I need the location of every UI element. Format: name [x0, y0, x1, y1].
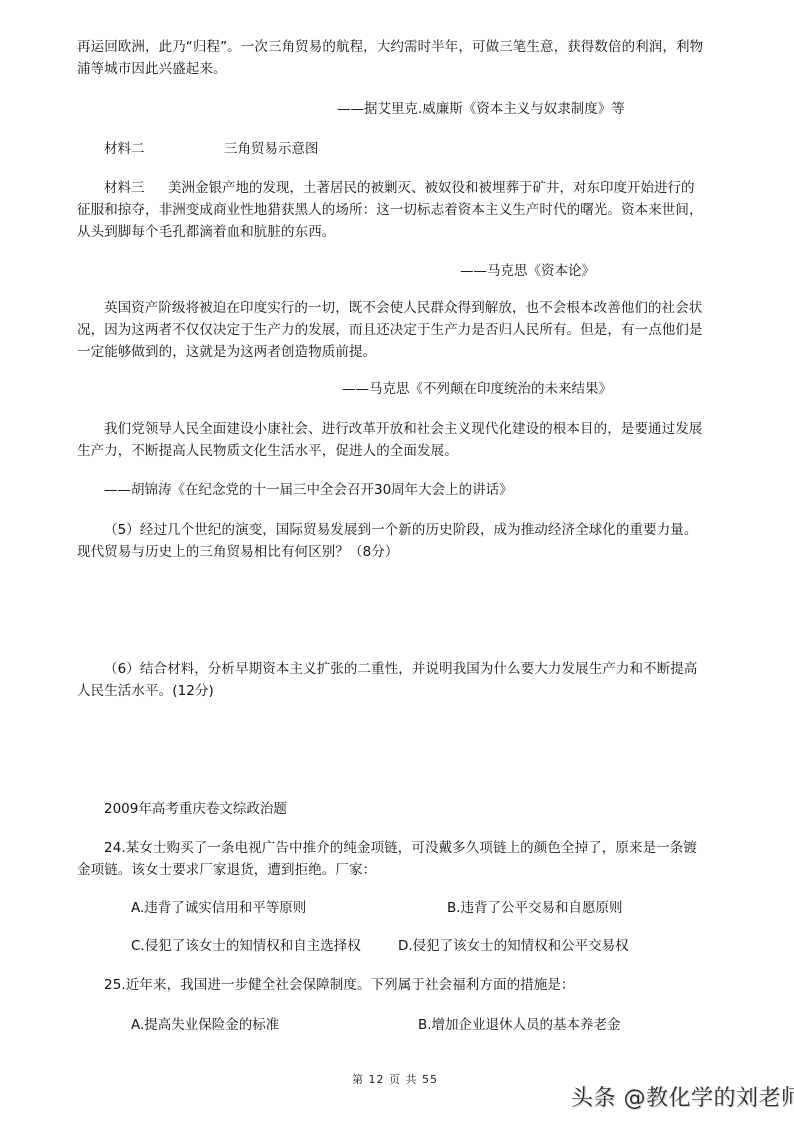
material-two-title: 三角贸易示意图 — [224, 138, 319, 160]
question-24-line-1: 24.某女士购买了一条电视广告中推介的纯金项链，可没戴多久项链上的颜色全掉了，原… — [104, 837, 719, 859]
question-24-option-a: A.违背了诚实信用和平等原则 — [131, 897, 306, 919]
material-one-line-2: 浦等城市因此兴盛起来。 — [77, 58, 719, 80]
material-three-p2-line-3: 一定能够做到的，这就是为这两者创造物质前提。 — [77, 341, 719, 363]
page-number-footer: 第 12 页 共 55 — [352, 1071, 438, 1087]
material-three-p3-line-1: 我们党领导人民全面建设小康社会、进行改革开放和社会主义现代化建设的根本目的，是要… — [104, 418, 719, 440]
material-three-p2-line-1: 英国资产阶级将被迫在印度实行的一切，既不会使人民群众得到解放，也不会根本改善他们… — [104, 297, 719, 319]
material-one-citation: ——据艾里克.威廉斯《资本主义与奴隶制度》等 — [337, 98, 625, 120]
question-6-line-2: 人民生活水平。(12分) — [77, 680, 719, 702]
material-three-p1-line-1: 美洲金银产地的发现，土著居民的被剿灭、被奴役和被埋葬于矿井，对东印度开始进行的 — [168, 177, 695, 199]
material-two-label: 材料二 — [104, 138, 145, 160]
question-25-option-a: A.提高失业保险金的标准 — [131, 1014, 279, 1036]
question-6-line-1: （6）结合材料，分析早期资本主义扩张的二重性，并说明我国为什么要大力发展生产力和… — [104, 658, 719, 680]
exam-section-title: 2009年高考重庆卷文综政治题 — [104, 798, 287, 820]
material-one-line-1: 再运回欧洲，此乃“归程”。一次三角贸易的航程，大约需时半年，可做三笔生意，获得数… — [77, 36, 719, 58]
question-25-option-b: B.增加企业退休人员的基本养老金 — [418, 1014, 621, 1036]
material-three-p2-citation: ——马克思《不列颠在印度统治的未来结果》 — [342, 378, 612, 400]
material-three-label: 材料三 — [104, 177, 145, 199]
question-24-option-d: D.侵犯了该女士的知情权和公平交易权 — [398, 935, 629, 957]
document-page: 再运回欧洲，此乃“归程”。一次三角贸易的航程，大约需时半年，可做三笔生意，获得数… — [0, 0, 794, 1123]
question-5-line-1: （5）经过几个世纪的演变，国际贸易发展到一个新的历史阶段，成为推动经济全球化的重… — [104, 519, 719, 541]
material-three-p1-line-3: 从头到脚每个毛孔都滴着血和肮脏的东西。 — [77, 221, 719, 243]
material-three-p3-line-2: 生产力，不断提高人民物质文化生活水平，促进人的全面发展。 — [77, 440, 719, 462]
watermark: 头条 @教化学的刘老师 — [571, 1081, 794, 1112]
question-5-line-2: 现代贸易与历史上的三角贸易相比有何区别？（8分） — [77, 541, 719, 563]
question-24-option-b: B.违背了公平交易和自愿原则 — [447, 897, 623, 919]
material-three-p3-citation: ——胡锦涛《在纪念党的十一届三中全会召开30周年大会上的讲话》 — [104, 479, 513, 501]
material-three-p2-line-2: 况，因为这两者不仅仅决定于生产力的发展，而且还决定于生产力是否归人民所有。但是，… — [77, 319, 719, 341]
material-three-p1-line-2: 征服和掠夺，非洲变成商业性地猎获黑人的场所：这一切标志着资本主义生产时代的曙光。… — [77, 199, 719, 221]
material-three-p1-citation: ——马克思《资本论》 — [460, 260, 595, 282]
question-24-option-c: C.侵犯了该女士的知情权和自主选择权 — [131, 935, 361, 957]
question-25-stem: 25.近年来，我国进一步健全社会保障制度。下列属于社会福利方面的措施是： — [104, 974, 719, 996]
question-24-line-2: 金项链。该女士要求厂家退货，遭到拒绝。厂家： — [77, 859, 719, 881]
